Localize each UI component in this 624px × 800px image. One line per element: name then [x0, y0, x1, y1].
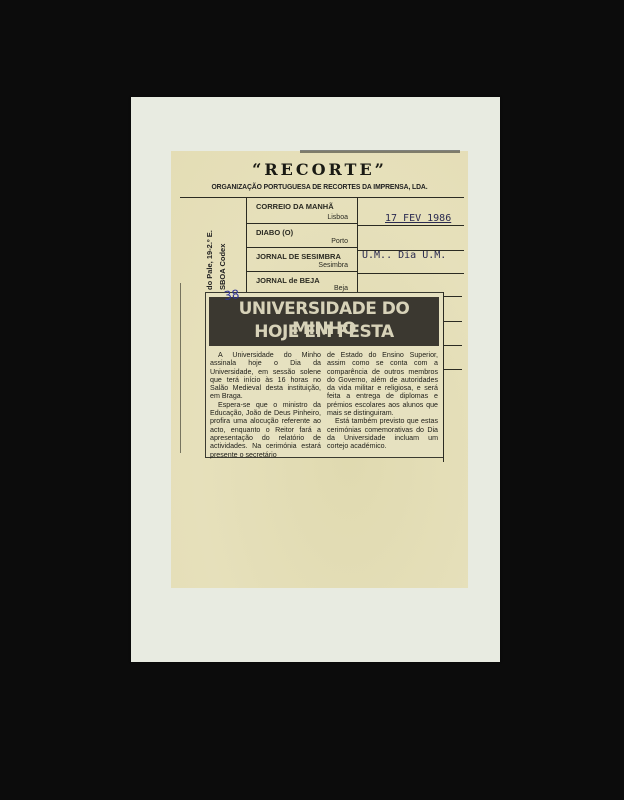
article-paragraph: Espera-se que o ministro da Educação, Jo…	[210, 401, 321, 459]
handwritten-note: U.M.. Dia U.M.	[362, 250, 446, 261]
agency-title: “RECORTE”	[171, 160, 468, 179]
article-paragraph: A Universidade do Minho assinala hoje o …	[210, 351, 321, 401]
grid-row-line	[358, 225, 464, 226]
side-address-line1: do Pale, 19-2.º E.	[205, 230, 214, 290]
tick-mark	[444, 369, 462, 370]
article-column-2: de Estado do Ensino Superior, assim como…	[327, 351, 438, 451]
publication-name: JORNAL DE SESIMBRA	[256, 252, 341, 261]
grid-row-line	[247, 223, 357, 224]
agency-subtitle: ORGANIZAÇÃO PORTUGUESA DE RECORTES DA IM…	[183, 182, 456, 191]
publication-city: Lisboa	[288, 214, 348, 221]
article-paragraph: de Estado do Ensino Superior, assim como…	[327, 351, 438, 417]
side-address-line2: SBOA Codex	[218, 244, 227, 290]
publication-name: CORREIO DA MANHÃ	[256, 202, 334, 211]
publication-city: Porto	[288, 238, 348, 245]
article-column-1: A Universidade do Minho assinala hoje o …	[210, 351, 321, 459]
handwritten-date: 17 FEV 1986	[385, 213, 451, 224]
publication-name: JORNAL de BEJA	[256, 276, 320, 285]
handwritten-mark: 38	[223, 287, 240, 303]
article-paragraph: Está também previsto que estas cerimónia…	[327, 417, 438, 450]
right-margin-line	[443, 292, 444, 462]
publication-city: Beja	[288, 285, 348, 292]
header-rule	[180, 197, 464, 198]
tick-mark	[444, 321, 462, 322]
headline-line2: HOJE EM FESTA	[209, 322, 439, 342]
grid-row-line	[247, 247, 357, 248]
torn-edge	[300, 150, 460, 153]
publication-city: Sesimbra	[288, 262, 348, 269]
grid-row-line	[247, 271, 357, 272]
tick-mark	[444, 345, 462, 346]
left-margin-line	[180, 283, 181, 453]
grid-divider-right	[357, 197, 358, 297]
tick-mark	[444, 296, 462, 297]
publication-name: DIABO (O)	[256, 228, 293, 237]
grid-row-line	[358, 273, 464, 274]
